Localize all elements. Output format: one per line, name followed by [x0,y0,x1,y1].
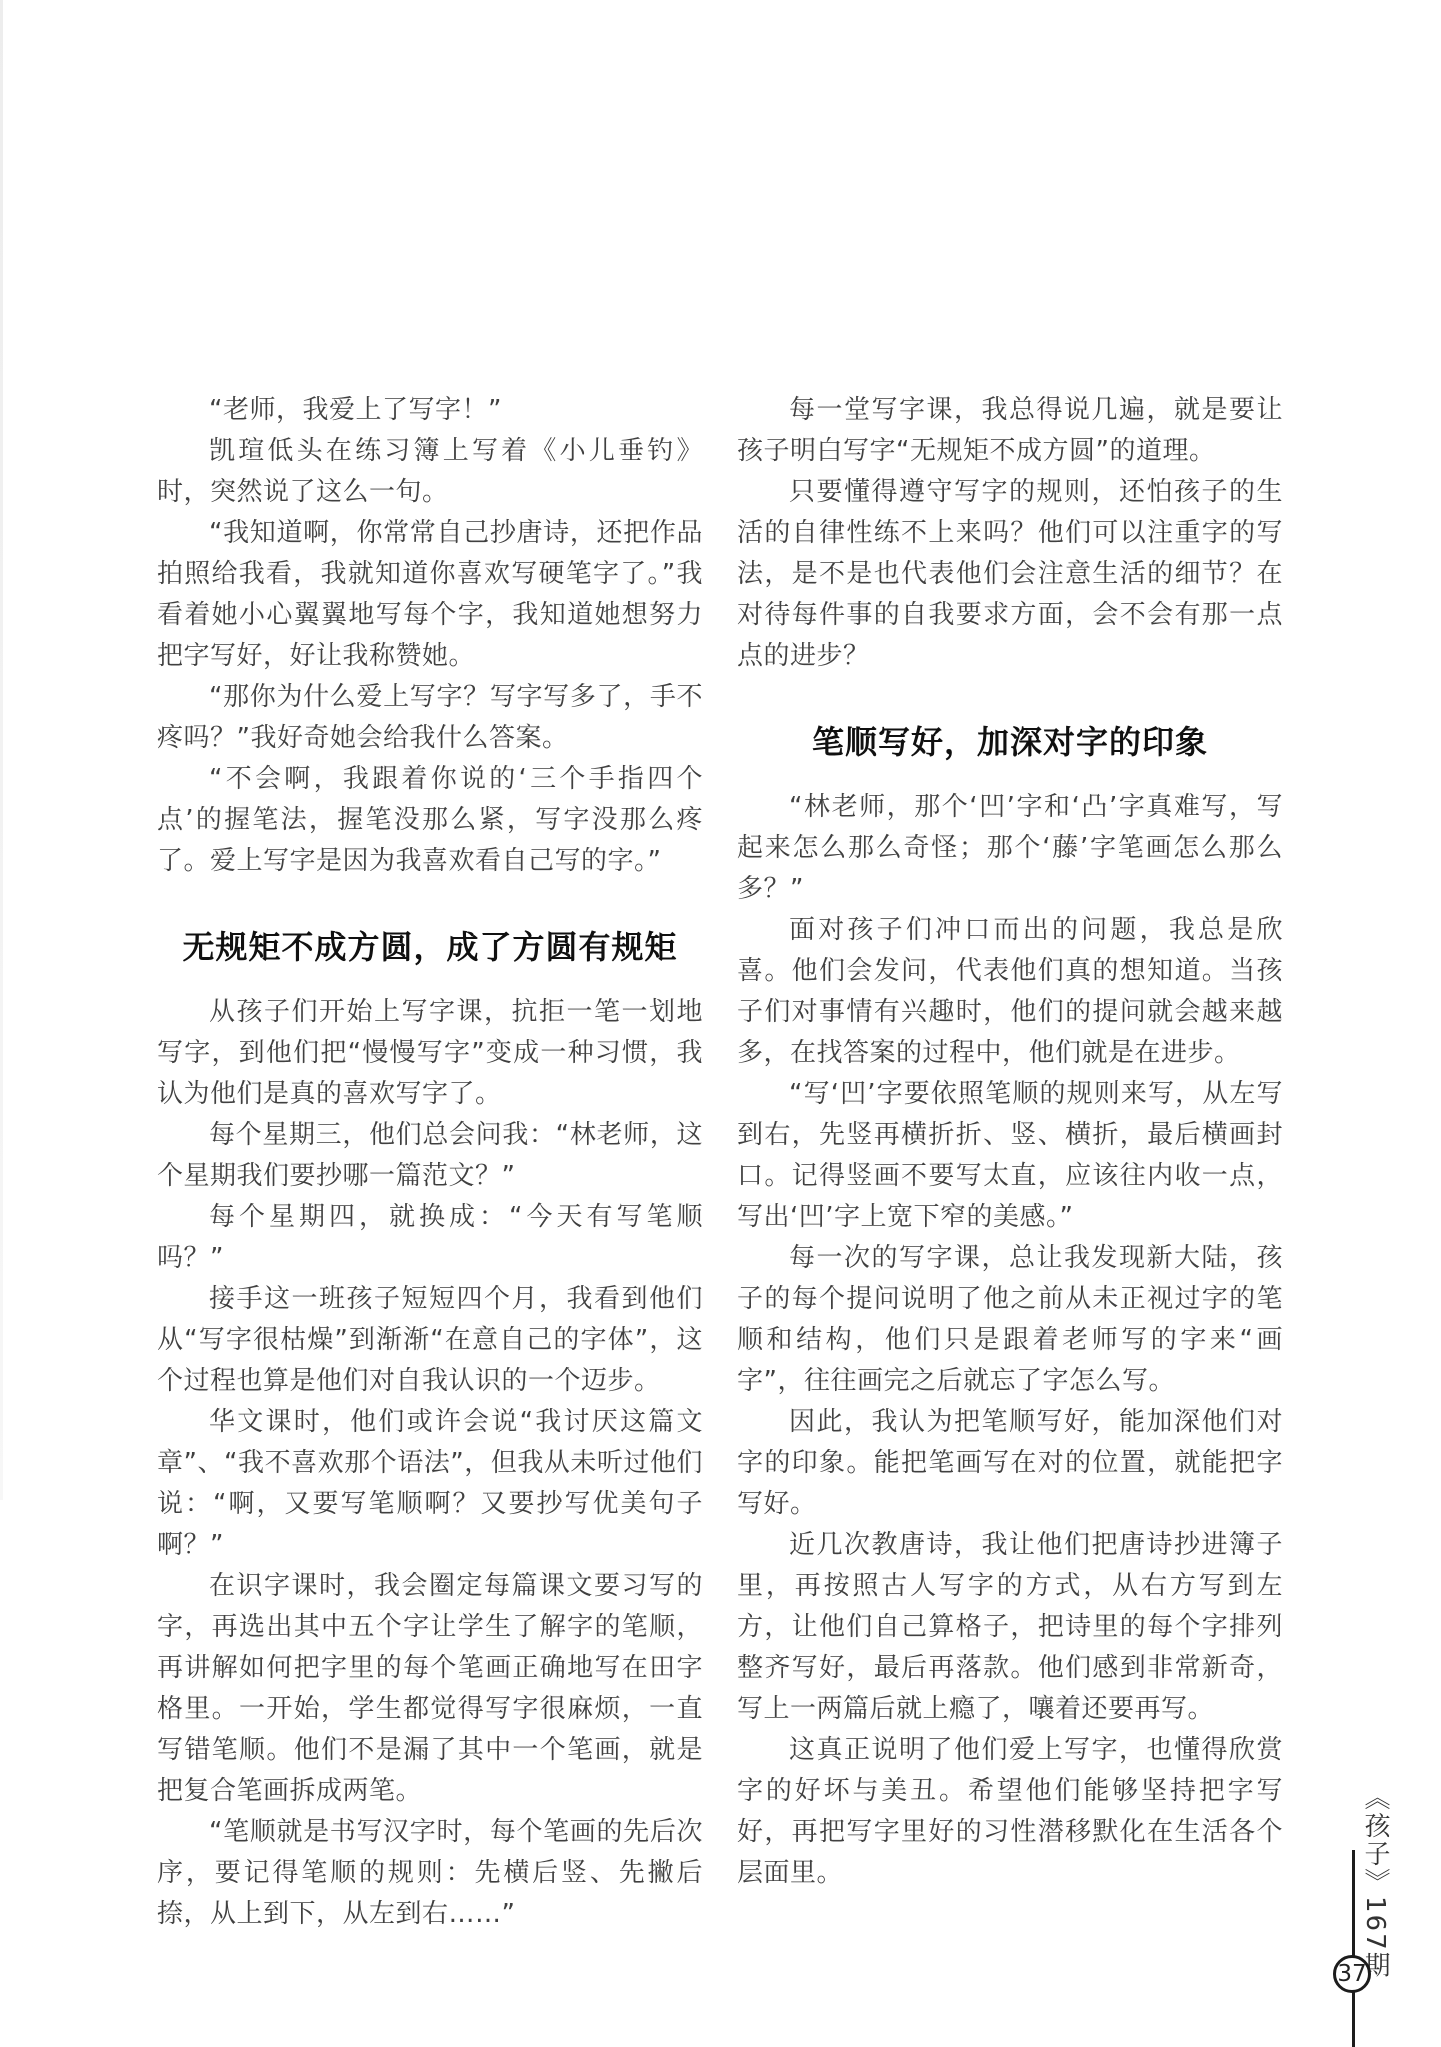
right-section-heading: 笔顺写好，加深对字的印象 [737,723,1283,761]
paragraph: 每个星期三，他们总会问我：“林老师，这个星期我们要抄哪一篇范文？” [157,1115,703,1197]
paragraph: “笔顺就是书写汉字时，每个笔画的先后次序，要记得笔顺的规则：先横后竖、先撇后捺，… [157,1812,703,1935]
paragraph: 这真正说明了他们爱上写字，也懂得欣赏字的好坏与美丑。希望他们能够坚持把字写好，再… [737,1730,1283,1894]
page-number: 37 [1337,1961,1366,1987]
right-intro-paragraph-group: 每一堂写字课，我总得说几遍，就是要让孩子明白写字“无规矩不成方圆”的道理。只要懂… [737,390,1283,677]
paragraph: 近几次教唐诗，我让他们把唐诗抄进簿子里，再按照古人写字的方式，从右方写到左方，让… [737,1525,1283,1730]
left-intro-paragraph-group: “老师，我爱上了写字！”凯瑄低头在练习簿上写着《小儿垂钓》时，突然说了这么一句。… [157,390,703,882]
scan-edge-shadow [0,0,3,1500]
paragraph: 每个星期四，就换成：“今天有写笔顺吗？” [157,1197,703,1279]
paragraph: “老师，我爱上了写字！” [157,390,703,431]
sidebar-vertical-rule [1352,1850,1355,2047]
paragraph: “写‘凹’字要依照笔顺的规则来写，从左写到右，先竖再横折折、竖、横折，最后横画封… [737,1074,1283,1238]
paragraph: 每一堂写字课，我总得说几遍，就是要让孩子明白写字“无规矩不成方圆”的道理。 [737,390,1283,472]
paragraph: 从孩子们开始上写字课，抗拒一笔一划地写字，到他们把“慢慢写字”变成一种习惯，我认… [157,992,703,1115]
left-body-paragraph-group: 从孩子们开始上写字课，抗拒一笔一划地写字，到他们把“慢慢写字”变成一种习惯，我认… [157,992,703,1935]
paragraph: 面对孩子们冲口而出的问题，我总是欣喜。他们会发问，代表他们真的想知道。当孩子们对… [737,910,1283,1074]
right-body-paragraph-group: “林老师，那个‘凹’字和‘凸’字真难写，写起来怎么那么奇怪；那个‘藤’字笔画怎么… [737,787,1283,1894]
right-column: 每一堂写字课，我总得说几遍，就是要让孩子明白写字“无规矩不成方圆”的道理。只要懂… [737,390,1283,1894]
paragraph: 凯瑄低头在练习簿上写着《小儿垂钓》时，突然说了这么一句。 [157,431,703,513]
paragraph: 接手这一班孩子短短四个月，我看到他们从“写字很枯燥”到渐渐“在意自己的字体”，这… [157,1279,703,1402]
paragraph: 只要懂得遵守写字的规则，还怕孩子的生活的自律性练不上来吗？他们可以注重字的写法，… [737,472,1283,677]
paragraph: “不会啊，我跟着你说的‘三个手指四个点’的握笔法，握笔没那么紧，写字没那么疼了。… [157,759,703,882]
paragraph: “我知道啊，你常常自己抄唐诗，还把作品拍照给我看，我就知道你喜欢写硬笔字了。”我… [157,513,703,677]
journal-issue-label: 《孩子》167期 [1357,1784,1394,1980]
paragraph: “林老师，那个‘凹’字和‘凸’字真难写，写起来怎么那么奇怪；那个‘藤’字笔画怎么… [737,787,1283,910]
paragraph: 每一次的写字课，总让我发现新大陆，孩子的每个提问说明了他之前从未正视过字的笔顺和… [737,1238,1283,1402]
magazine-page: “老师，我爱上了写字！”凯瑄低头在练习簿上写着《小儿垂钓》时，突然说了这么一句。… [0,0,1441,2047]
left-column: “老师，我爱上了写字！”凯瑄低头在练习簿上写着《小儿垂钓》时，突然说了这么一句。… [157,390,703,1935]
paragraph: 在识字课时，我会圈定每篇课文要习写的字，再选出其中五个字让学生了解字的笔顺，再讲… [157,1566,703,1812]
page-number-badge: 37 [1333,1955,1371,1993]
paragraph: 华文课时，他们或许会说“我讨厌这篇文章”、“我不喜欢那个语法”，但我从未听过他们… [157,1402,703,1566]
left-section-heading: 无规矩不成方圆，成了方圆有规矩 [157,928,703,966]
paragraph: 因此，我认为把笔顺写好，能加深他们对字的印象。能把笔画写在对的位置，就能把字写好… [737,1402,1283,1525]
paragraph: “那你为什么爱上写字？写字写多了，手不疼吗？”我好奇她会给我什么答案。 [157,677,703,759]
